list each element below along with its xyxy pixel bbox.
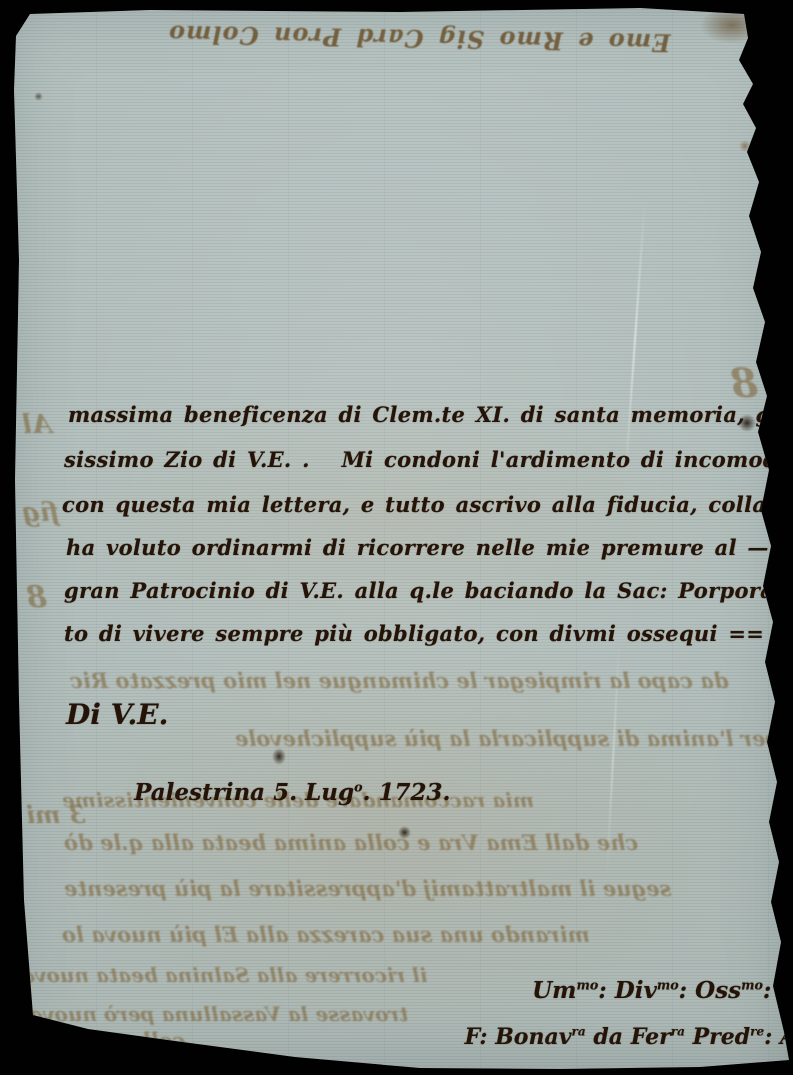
body-line: sissimo Zio di V.E. . Mi condoni l'ardim…: [64, 447, 793, 472]
superscript: ra: [671, 1025, 685, 1039]
stain: [739, 140, 751, 152]
showthrough-line: segue il maltrattamij d'appressitare la …: [64, 876, 671, 901]
showthrough-line: il ricorrere alla Salnina beata nuova: [22, 963, 427, 987]
body-line: ha voluto ordinarmi di ricorrere nelle m…: [66, 535, 769, 560]
sig-text: F: Bonav: [465, 1024, 572, 1050]
sig-text: Pred: [685, 1024, 750, 1050]
sig-text: : Ap: [764, 1024, 793, 1050]
body-line: massima beneficenza di Clem.te XI. di sa…: [68, 402, 793, 427]
showthrough-fragment: 8: [26, 580, 47, 615]
body-line: to di vivere sempre più obbligato, con d…: [64, 621, 764, 646]
body-line: gran Patrocinio di V.E. alla q.le bacian…: [64, 578, 793, 603]
closing-salutation: Di V.E.: [66, 698, 168, 731]
showthrough-fragment: Al: [22, 410, 52, 440]
dateline-text: Palestrina 5. Lug: [134, 779, 354, 806]
showthrough-line: mirando una sua carezza alla El più nuov…: [62, 922, 590, 947]
signature-name-line: F: Bonavra da Ferra Predre: Aplico Cappn…: [388, 998, 793, 1075]
superscript: re: [750, 1025, 764, 1039]
stain: [34, 92, 43, 101]
showthrough-line: trovasse la Vassalluna però nuova: [30, 1002, 408, 1026]
showthrough-line: darò per l'anima di supplicarla la più s…: [235, 726, 793, 751]
superscript: mo: [657, 977, 679, 992]
sig-text: da Fer: [586, 1024, 671, 1050]
superscript: ra: [572, 1025, 586, 1039]
showthrough-fragment: 8: [730, 360, 758, 407]
showthrough-fragment: fig: [22, 498, 59, 528]
dateline: Palestrina 5. Lugo. 1723.: [70, 752, 451, 833]
stain: [700, 6, 764, 44]
superscript: mo: [576, 977, 598, 992]
dateline-text: . 1723.: [363, 779, 451, 806]
superscript: mo: [741, 977, 763, 992]
superscript: o: [354, 779, 362, 794]
paper-sheet: Emo e Rmo Sig Card Pron Colmo da capo la…: [0, 0, 793, 1075]
verso-address-showthrough: Emo e Rmo Sig Card Pron Colmo: [168, 20, 671, 58]
showthrough-line: cella: [130, 1028, 186, 1053]
showthrough-line: che dall Ema Vra e colla anima beata all…: [64, 830, 638, 855]
showthrough-line: da capo la rimpiegar le chimangue nel mi…: [70, 668, 728, 693]
scan-background: Emo e Rmo Sig Card Pron Colmo da capo la…: [0, 0, 793, 1075]
body-line: con questa mia lettera, e tutto ascrivo …: [62, 492, 793, 517]
